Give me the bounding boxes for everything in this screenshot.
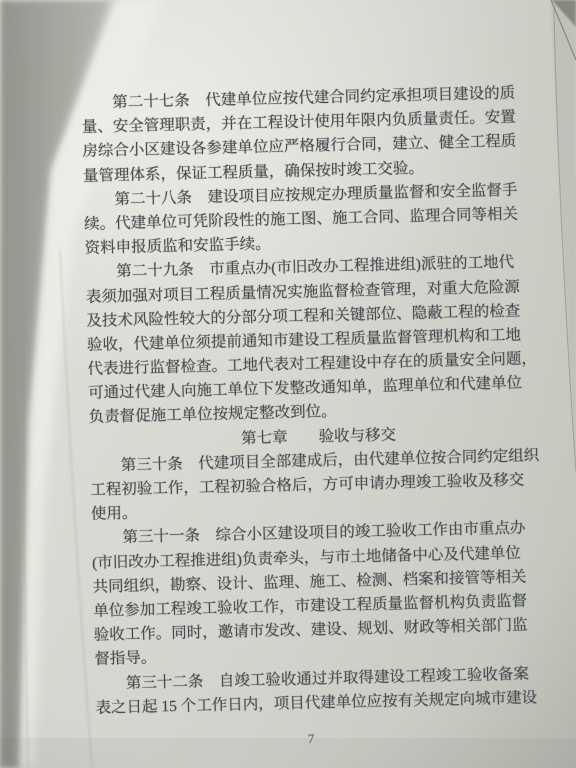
document-text: 第二十七条 代建单位应按代建合同约定承担项目建设的质量、安全管理职责，并在工程设…: [81, 82, 530, 721]
page-number: 7: [296, 731, 326, 748]
document-photo: 第二十七条 代建单位应按代建合同约定承担项目建设的质量、安全管理职责，并在工程设…: [0, 0, 576, 768]
